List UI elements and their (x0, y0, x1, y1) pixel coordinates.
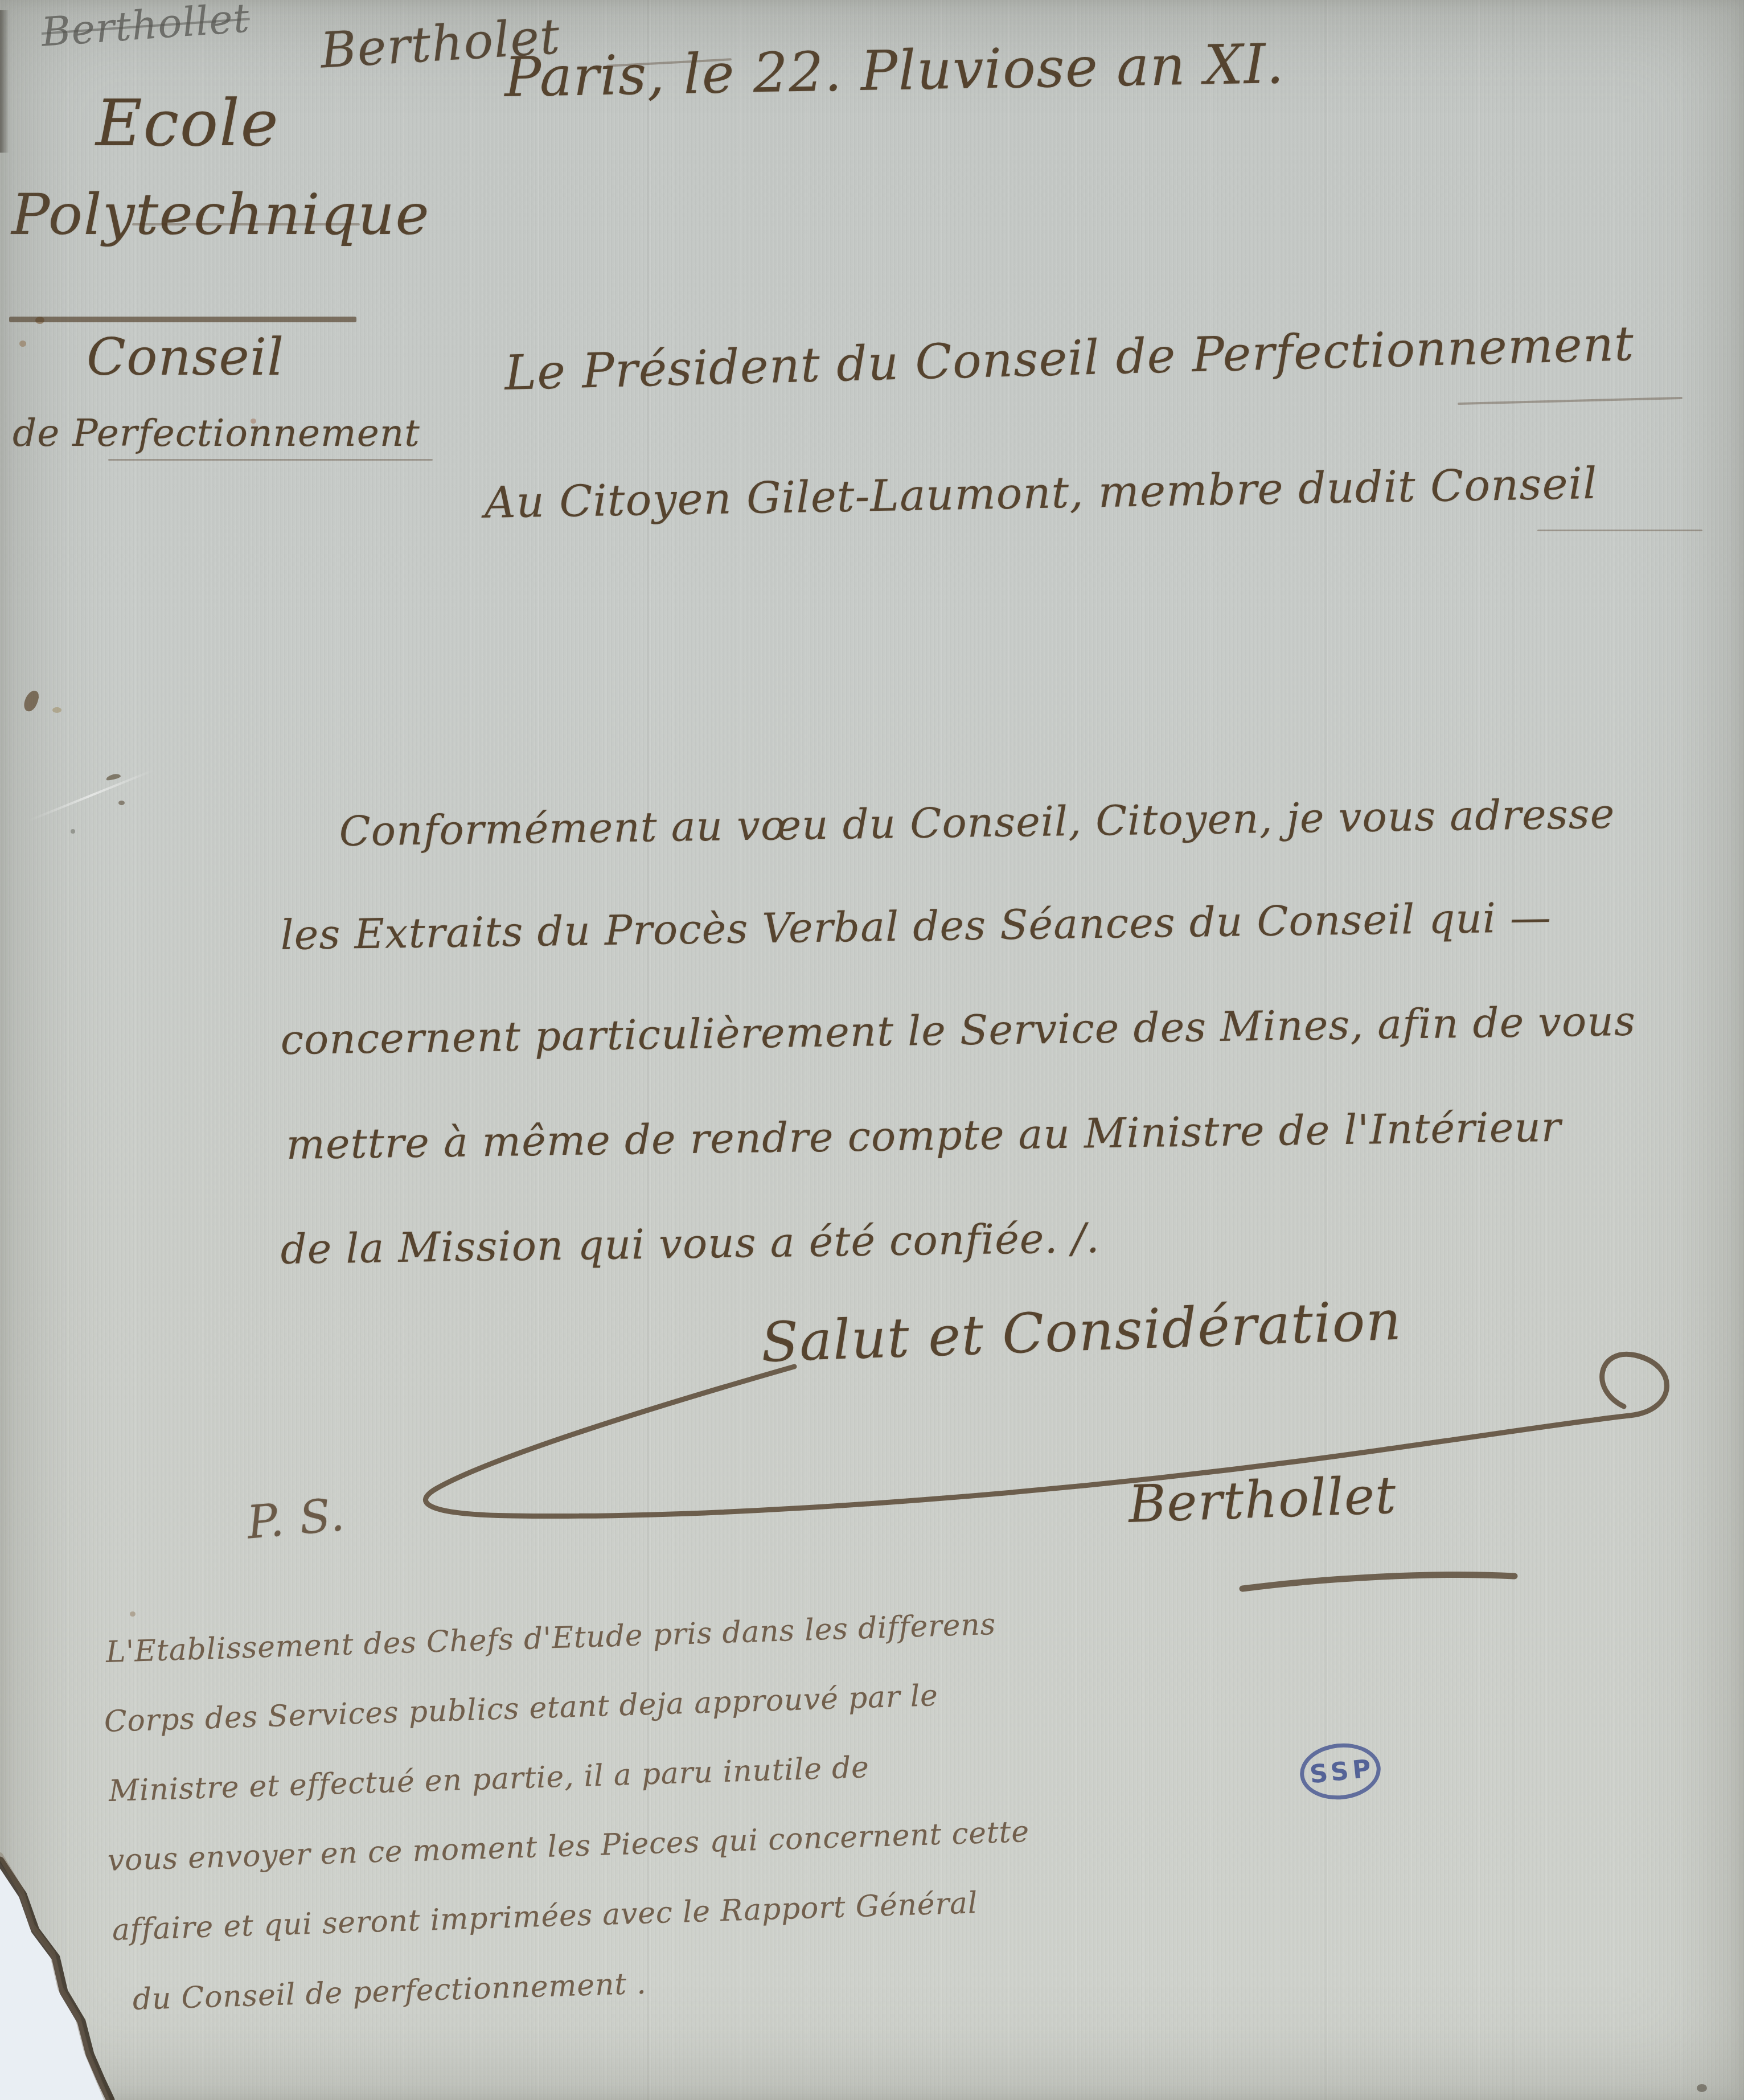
body-line: Conformément au vœu du Conseil, Citoyen,… (339, 790, 1615, 855)
closing-line: Salut et Considération (760, 1289, 1403, 1375)
postscript-line: affaire et qui seront imprimées avec le … (112, 1886, 978, 1947)
salutation-line1: Le Président du Conseil de Perfectionnem… (504, 315, 1635, 401)
salutation-rule2 (1537, 530, 1702, 531)
paper-edge-shadow (0, 10, 9, 153)
postscript-line: L'Etablissement des Chefs d'Etude pris d… (105, 1607, 996, 1670)
salutation-rule1 (1458, 397, 1683, 405)
ssp-stamp-text: SSP (1304, 1753, 1376, 1789)
body-line: les Extraits du Procès Verbal des Séance… (280, 893, 1552, 959)
letterhead-underline (9, 317, 356, 322)
postscript-line: Corps des Services publics etant deja ap… (104, 1679, 939, 1739)
pencil-annotation-name: Berthollet (40, 0, 251, 56)
postscript-line: vous envoyer en ce moment les Pieces qui… (107, 1815, 1030, 1878)
margin-note-line2: de Perfectionnement (13, 411, 420, 455)
postscript-line: Ministre et effectué en partie, il a par… (108, 1750, 870, 1808)
signature: Berthollet (1127, 1466, 1398, 1535)
stain (105, 773, 121, 781)
stain (52, 707, 61, 713)
postscript-label: P. S. (245, 1488, 347, 1549)
diagonal-crease (27, 769, 155, 822)
signature-underline (1242, 1574, 1515, 1589)
stain (1697, 2084, 1707, 2092)
stain (19, 341, 26, 347)
margin-note-line1: Conseil (87, 327, 284, 387)
ssp-stamp: SSP (1297, 1740, 1383, 1803)
body-line: de la Mission qui vous a été confiée. /. (280, 1214, 1100, 1273)
paper-sheet: Berthollet Bertholet Paris, le 22. Pluvi… (0, 0, 1744, 2100)
postscript-line: du Conseil de perfectionnement . (132, 1967, 647, 2017)
letterhead-line1: Ecole (96, 87, 279, 161)
body-line: concernent particulièrement le Service d… (280, 997, 1636, 1064)
salutation-line2: Au Citoyen Gilet-Laumont, membre dudit C… (484, 458, 1598, 528)
letterhead-cross-stroke (132, 223, 360, 225)
fold-crease (1512, 0, 1517, 2100)
margin-note-cross-stroke (108, 459, 433, 461)
letterhead-line2: Polytechnique (11, 181, 430, 248)
stain (118, 801, 125, 805)
body-line: mettre à même de rendre compte au Minist… (286, 1103, 1562, 1168)
stain (71, 829, 75, 834)
scanned-letter-page: Berthollet Bertholet Paris, le 22. Pluvi… (0, 0, 1744, 2100)
stain (22, 689, 41, 713)
stain (130, 1611, 136, 1617)
dateline: Paris, le 22. Pluviose an XI. (504, 32, 1285, 109)
